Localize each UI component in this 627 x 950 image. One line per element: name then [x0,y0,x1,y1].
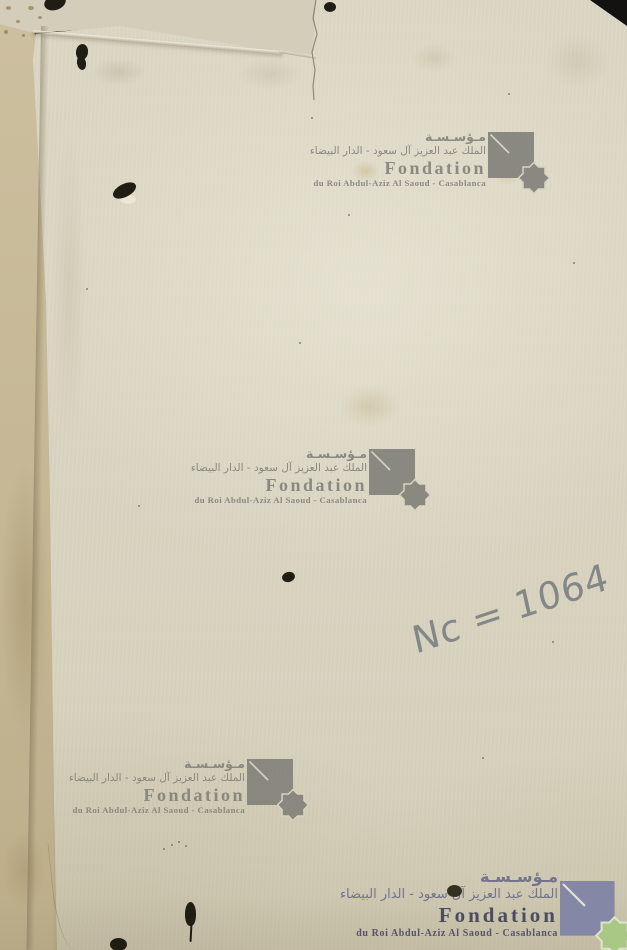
dust-speck [138,505,140,507]
watermark-name-latin: du Roi Abdul-Aziz Al Saoud - Casablanca [178,495,367,506]
foundation-watermark: مـؤسـسـة الملك عبد العزيز آل سعود - الدا… [178,444,433,513]
foundation-logo-icon [247,759,311,823]
watermark-org-latin: Fondation [56,786,245,805]
watermark-name-latin: du Roi Abdul-Aziz Al Saoud - Casablanca [297,178,486,189]
watermark-text: مـؤسـسـة الملك عبد العزيز آل سعود - الدا… [297,130,486,189]
foundation-logo-icon [488,132,552,196]
stain-speck [16,20,20,23]
watermark-name-arabic: الملك عبد العزيز آل سعود - الدار البيضاء [297,144,486,159]
watermark-org-arabic: مـؤسـسـة [330,868,558,886]
ink-spot [324,2,336,12]
dust-speck [163,848,165,850]
scanned-page: مـؤسـسـة الملك عبد العزيز آل سعود - الدا… [0,0,627,950]
ink-spot [110,938,127,950]
ink-spot [447,885,462,897]
watermark-text: مـؤسـسـة الملك عبد العزيز آل سعود - الدا… [56,757,245,816]
dust-speck [482,757,484,759]
foundation-watermark: مـؤسـسـة الملك عبد العزيز آل سعود - الدا… [297,127,552,196]
stain-speck [38,16,42,19]
foundation-logo-icon [369,449,433,513]
watermark-name-arabic: الملك عبد العزيز آل سعود - الدار البيضاء [178,461,367,476]
foundation-stamp-color: مـؤسـسـة الملك عبد العزيز آل سعود - الدا… [330,862,627,950]
dust-speck [185,845,187,847]
stain-speck [4,30,8,34]
watermark-org-latin: Fondation [178,476,367,495]
ink-spot [185,902,196,926]
watermark-org-arabic: مـؤسـسـة [178,447,367,461]
dust-speck [573,262,575,264]
paper-crack [306,0,322,100]
stain-speck [28,6,34,10]
dust-speck [178,841,180,843]
dust-speck [508,93,510,95]
watermark-text: مـؤسـسـة الملك عبد العزيز آل سعود - الدا… [330,868,558,940]
foundation-logo-icon [560,881,627,950]
stain-speck [6,6,11,10]
dust-speck [348,214,350,216]
dust-speck [86,288,88,290]
watermark-text: مـؤسـسـة الملك عبد العزيز آل سعود - الدا… [178,447,367,506]
watermark-name-arabic: الملك عبد العزيز آل سعود - الدار البيضاء [330,886,558,904]
watermark-name-latin: du Roi Abdul-Aziz Al Saoud - Casablanca [56,805,245,816]
dust-speck [171,844,173,846]
foundation-watermark: مـؤسـسـة الملك عبد العزيز آل سعود - الدا… [56,754,311,823]
stain-speck [22,34,25,37]
watermark-name-arabic: الملك عبد العزيز آل سعود - الدار البيضاء [56,771,245,786]
dust-speck [299,342,301,344]
watermark-org-arabic: مـؤسـسـة [297,130,486,144]
watermark-org-arabic: مـؤسـسـة [56,757,245,771]
watermark-org-latin: Fondation [297,159,486,178]
dust-speck [311,117,313,119]
watermark-name-latin: du Roi Abdul-Aziz Al Saoud - Casablanca [330,927,558,940]
dust-speck [552,641,554,643]
watermark-org-latin: Fondation [330,904,558,927]
